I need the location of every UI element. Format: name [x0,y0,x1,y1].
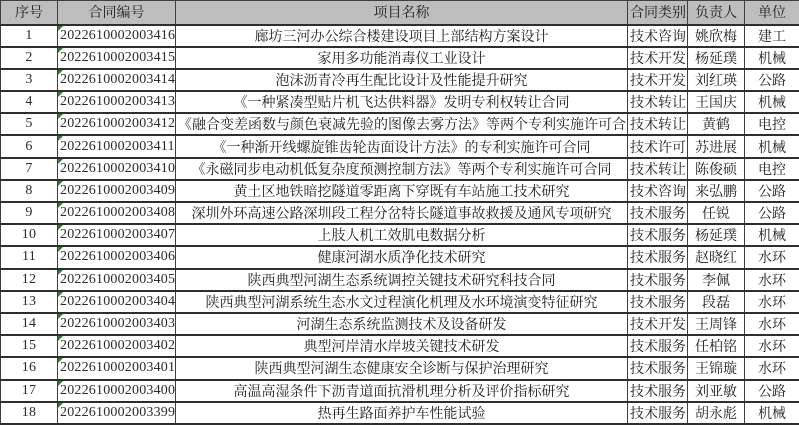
cell-owner[interactable]: 王锦璇 [688,357,745,379]
col-header-type[interactable]: 合同类别 [628,1,688,25]
cell-type[interactable]: 技术开发 [628,69,688,91]
cell-project[interactable]: 高温高湿条件下沥青道面抗滑机理分析及评价指标研究 [176,380,628,402]
cell-contract[interactable]: 2022610002003416 [58,25,176,47]
table-row: 112022610002003406健康河湖水质净化技术研究技术服务赵晓红水环 [1,246,799,268]
cell-index[interactable]: 8 [1,180,58,202]
cell-project[interactable]: 《融合变差函数与颜色衰减先验的图像去雾方法》等两个专利实施许可合同 [176,113,628,135]
cell-type[interactable]: 技术服务 [628,269,688,291]
cell-index[interactable]: 5 [1,113,58,135]
col-header-contract[interactable]: 合同编号 [58,1,176,25]
cell-unit[interactable]: 水环 [745,335,799,357]
cell-type[interactable]: 技术服务 [628,380,688,402]
cell-project[interactable]: 深圳外环高速公路深圳段工程分岔特长隧道事故救援及通风专项研究 [176,202,628,224]
table-row: 72022610002003410《永磁同步电动机低复杂度预测控制方法》等两个专… [1,158,799,180]
cell-unit[interactable]: 公路 [745,380,799,402]
cell-unit[interactable]: 水环 [745,246,799,268]
cell-owner[interactable]: 杨延璞 [688,224,745,246]
cell-index[interactable]: 18 [1,402,58,424]
cell-type[interactable]: 技术服务 [628,335,688,357]
table-row: 142022610002003403河湖生态系统监测技术及设备研发技术开发王周锋… [1,313,799,335]
cell-project[interactable]: 河湖生态系统监测技术及设备研发 [176,313,628,335]
cell-contract[interactable]: 2022610002003411 [58,135,176,157]
cell-contract[interactable]: 2022610002003404 [58,291,176,313]
cell-contract[interactable]: 2022610002003401 [58,357,176,379]
cell-unit[interactable]: 电控 [745,113,799,135]
cell-unit[interactable]: 机械 [745,224,799,246]
cell-type[interactable]: 技术咨询 [628,180,688,202]
cell-index[interactable]: 2 [1,47,58,69]
table-row: 102022610002003407上肢人机工效肌电数据分析技术服务杨延璞机械 [1,224,799,246]
cell-type[interactable]: 技术服务 [628,246,688,268]
cell-type[interactable]: 技术开发 [628,313,688,335]
cell-contract[interactable]: 2022610002003413 [58,91,176,113]
cell-owner[interactable]: 黄鹤 [688,113,745,135]
contracts-table: 序号合同编号项目名称合同类别负责人单位 12022610002003416廊坊三… [0,0,799,425]
cell-index[interactable]: 11 [1,246,58,268]
cell-type[interactable]: 技术咨询 [628,25,688,47]
cell-owner[interactable]: 杨延璞 [688,47,745,69]
cell-contract[interactable]: 2022610002003403 [58,313,176,335]
cell-index[interactable]: 10 [1,224,58,246]
cell-type[interactable]: 技术服务 [628,224,688,246]
cell-project[interactable]: 上肢人机工效肌电数据分析 [176,224,628,246]
cell-contract[interactable]: 2022610002003399 [58,402,176,424]
cell-unit[interactable]: 水环 [745,313,799,335]
cell-project[interactable]: 《一种渐开线螺旋锥齿轮齿面设计方法》的专利实施许可合同 [176,135,628,157]
table-row: 132022610002003404陕西典型河湖系统生态水文过程演化机理及水环境… [1,291,799,313]
col-header-index[interactable]: 序号 [1,1,58,25]
cell-owner[interactable]: 李佩 [688,269,745,291]
cell-unit[interactable]: 公路 [745,180,799,202]
cell-project[interactable]: 泡沫沥青冷再生配比设计及性能提升研究 [176,69,628,91]
cell-contract[interactable]: 2022610002003406 [58,246,176,268]
cell-index[interactable]: 6 [1,135,58,157]
cell-index[interactable]: 3 [1,69,58,91]
cell-contract[interactable]: 2022610002003410 [58,158,176,180]
table-row: 152022610002003402典型河岸清水岸坡关键技术研发技术服务任柏铭水… [1,335,799,357]
cell-index[interactable]: 12 [1,269,58,291]
table-row: 162022610002003401陕西典型河湖生态健康安全诊断与保护治理研究技… [1,357,799,379]
col-header-project[interactable]: 项目名称 [176,1,628,25]
cell-owner[interactable]: 陈俊硕 [688,158,745,180]
cell-unit[interactable]: 机械 [745,402,799,424]
cell-owner[interactable]: 刘亚敏 [688,380,745,402]
cell-unit[interactable]: 电控 [745,158,799,180]
cell-type[interactable]: 技术服务 [628,402,688,424]
cell-type[interactable]: 技术开发 [628,47,688,69]
cell-contract[interactable]: 2022610002003412 [58,113,176,135]
cell-unit[interactable]: 公路 [745,69,799,91]
cell-project[interactable]: 典型河岸清水岸坡关键技术研发 [176,335,628,357]
cell-project[interactable]: 陕西典型河湖系统生态水文过程演化机理及水环境演变特征研究 [176,291,628,313]
cell-owner[interactable]: 刘红瑛 [688,69,745,91]
table-row: 42022610002003413《一种紧凑型贴片机飞达供料器》发明专利权转让合… [1,91,799,113]
cell-contract[interactable]: 2022610002003414 [58,69,176,91]
cell-type[interactable]: 技术许可 [628,135,688,157]
cell-project[interactable]: 陕西典型河湖生态系统调控关键技术研究科技合同 [176,269,628,291]
cell-unit[interactable]: 水环 [745,291,799,313]
cell-unit[interactable]: 建工 [745,25,799,47]
table-row: 62022610002003411《一种渐开线螺旋锥齿轮齿面设计方法》的专利实施… [1,135,799,157]
cell-type[interactable]: 技术服务 [628,291,688,313]
cell-type[interactable]: 技术转让 [628,91,688,113]
table-body: 12022610002003416廊坊三河办公综合楼建设项目上部结构方案设计技术… [1,25,799,425]
cell-index[interactable]: 1 [1,25,58,47]
cell-contract[interactable]: 2022610002003407 [58,224,176,246]
table-row: 82022610002003409黄土区地铁暗挖隧道零距离下穿既有车站施工技术研… [1,180,799,202]
cell-type[interactable]: 技术转让 [628,158,688,180]
header-row: 序号合同编号项目名称合同类别负责人单位 [1,1,799,25]
table-row: 172022610002003400高温高湿条件下沥青道面抗滑机理分析及评价指标… [1,380,799,402]
table-row: 22022610002003415家用多功能消毒仪工业设计技术开发杨延璞机械 [1,47,799,69]
cell-owner[interactable]: 胡永彪 [688,402,745,424]
cell-index[interactable]: 16 [1,357,58,379]
cell-type[interactable]: 技术转让 [628,113,688,135]
cell-owner[interactable]: 任锐 [688,202,745,224]
cell-type[interactable]: 技术服务 [628,357,688,379]
col-header-owner[interactable]: 负责人 [688,1,745,25]
cell-index[interactable]: 15 [1,335,58,357]
cell-project[interactable]: 健康河湖水质净化技术研究 [176,246,628,268]
cell-owner[interactable]: 王国庆 [688,91,745,113]
cell-contract[interactable]: 2022610002003405 [58,269,176,291]
cell-owner[interactable]: 王周锋 [688,313,745,335]
col-header-unit[interactable]: 单位 [745,1,799,25]
cell-index[interactable]: 17 [1,380,58,402]
cell-owner[interactable]: 姚欣梅 [688,25,745,47]
cell-project[interactable]: 黄土区地铁暗挖隧道零距离下穿既有车站施工技术研究 [176,180,628,202]
cell-project[interactable]: 廊坊三河办公综合楼建设项目上部结构方案设计 [176,25,628,47]
cell-contract[interactable]: 2022610002003415 [58,47,176,69]
table-row: 12022610002003416廊坊三河办公综合楼建设项目上部结构方案设计技术… [1,25,799,47]
cell-owner[interactable]: 赵晓红 [688,246,745,268]
table-row: 122022610002003405陕西典型河湖生态系统调控关键技术研究科技合同… [1,269,799,291]
cell-unit[interactable]: 机械 [745,47,799,69]
table-row: 32022610002003414泡沫沥青冷再生配比设计及性能提升研究技术开发刘… [1,69,799,91]
cell-project[interactable]: 热再生路面养护车性能试验 [176,402,628,424]
cell-contract[interactable]: 2022610002003402 [58,335,176,357]
cell-unit[interactable]: 机械 [745,91,799,113]
cell-contract[interactable]: 2022610002003408 [58,202,176,224]
cell-project[interactable]: 《一种紧凑型贴片机飞达供料器》发明专利权转让合同 [176,91,628,113]
cell-index[interactable]: 14 [1,313,58,335]
cell-index[interactable]: 9 [1,202,58,224]
cell-owner[interactable]: 来弘鹏 [688,180,745,202]
cell-project[interactable]: 《永磁同步电动机低复杂度预测控制方法》等两个专利实施许可合同 [176,158,628,180]
cell-owner[interactable]: 苏进展 [688,135,745,157]
cell-project[interactable]: 家用多功能消毒仪工业设计 [176,47,628,69]
table-row: 182022610002003399热再生路面养护车性能试验技术服务胡永彪机械 [1,402,799,424]
cell-contract[interactable]: 2022610002003409 [58,180,176,202]
table-row: 92022610002003408深圳外环高速公路深圳段工程分岔特长隧道事故救援… [1,202,799,224]
cell-unit[interactable]: 水环 [745,357,799,379]
cell-index[interactable]: 13 [1,291,58,313]
cell-contract[interactable]: 2022610002003400 [58,380,176,402]
cell-project[interactable]: 陕西典型河湖生态健康安全诊断与保护治理研究 [176,357,628,379]
cell-index[interactable]: 4 [1,91,58,113]
cell-owner[interactable]: 段磊 [688,291,745,313]
cell-index[interactable]: 7 [1,158,58,180]
cell-unit[interactable]: 公路 [745,202,799,224]
cell-unit[interactable]: 水环 [745,269,799,291]
cell-type[interactable]: 技术服务 [628,202,688,224]
cell-owner[interactable]: 任柏铭 [688,335,745,357]
table-row: 52022610002003412《融合变差函数与颜色衰减先验的图像去雾方法》等… [1,113,799,135]
cell-unit[interactable]: 机械 [745,135,799,157]
